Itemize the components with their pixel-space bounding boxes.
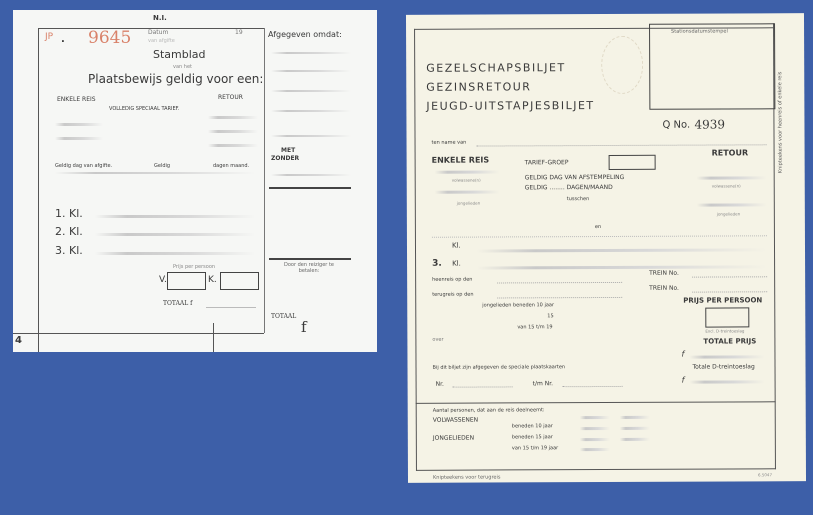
title-sub: van het xyxy=(173,64,192,70)
frame-bottom xyxy=(416,468,776,471)
class-2: 2. Kl. xyxy=(55,225,83,238)
printer-mark: 6.5047 xyxy=(758,472,772,477)
frame-right xyxy=(264,28,265,333)
geldig-dagen-label: GELDIG ........ DAGEN/MAAND xyxy=(525,184,613,191)
prefix: JP xyxy=(45,32,53,42)
terugreis-label: terugreis op den xyxy=(432,292,473,298)
bij-dit-label: Bij dit biljet zijn afgegeven de special… xyxy=(433,364,566,371)
enkele-reis-label: ENKELE REIS xyxy=(432,156,490,165)
geldig-dag-label: GELDIG DAG VAN AFSTEMPELING xyxy=(525,174,625,181)
florin-icon-2: f xyxy=(682,376,685,385)
knip-side-label: Knipteekens voor heenreis of enkele reis xyxy=(777,72,783,174)
class-3-label: Kl. xyxy=(452,260,461,268)
age-row-15-19: van 15 t/m 19 jaar xyxy=(512,445,558,451)
k-label: K. xyxy=(208,275,217,285)
class-3: 3. Kl. xyxy=(55,244,83,257)
title-jeugd: JEUGD-UITSTAPJESBILJET xyxy=(426,99,594,113)
title: Stamblad xyxy=(153,48,206,61)
trein-no-2: TREIN No. xyxy=(649,285,679,292)
prijs-box xyxy=(705,307,749,327)
tarief-groep-label: TARIEF-GROEP xyxy=(525,159,569,166)
tm-nr-label: t/m Nr. xyxy=(533,380,553,387)
en-label: en xyxy=(595,224,601,230)
station-stamp-box xyxy=(649,23,775,110)
age-row-15: beneden 15 jaar xyxy=(512,434,553,440)
corner-number: 4 xyxy=(15,335,22,346)
pay-label: Door den reiziger te betalen: xyxy=(279,262,339,274)
frame-left xyxy=(38,28,39,352)
jong-10-row: jongelieden beneden 10 jaar xyxy=(482,302,554,308)
prijs-per-persoon-label: PRIJS PER PERSOON xyxy=(683,296,762,304)
title-gezinsretour: GEZINSRETOUR xyxy=(426,80,531,93)
florin-icon-1: f xyxy=(681,350,684,359)
emblem-watermark xyxy=(601,36,643,94)
series-mark: N.I. xyxy=(153,14,167,22)
retour-label: RETOUR xyxy=(218,94,243,101)
volwassenen-caps: VOLWASSENEN xyxy=(433,417,478,424)
jongelieden-caps: JONGELIEDEN xyxy=(433,435,474,442)
frame-bottom xyxy=(13,333,264,334)
enkele-reis-label: ENKELE REIS xyxy=(57,96,96,103)
title-gezelschap: GEZELSCHAPSBILJET xyxy=(426,61,566,75)
tarief-groep-box xyxy=(609,155,656,170)
class-3-number: 3. xyxy=(432,259,442,269)
excl-label: Excl. D-treintoeslag xyxy=(705,328,744,333)
stamblad-ticket: N.I. JP . 9645 Datum van afgifte 19 Stam… xyxy=(13,10,377,352)
trein-no-1: TREIN No. xyxy=(649,270,679,277)
side-title: Afgegeven omdat: xyxy=(268,30,342,39)
ticket-number: 9645 xyxy=(88,28,131,48)
v-label: V. xyxy=(159,275,167,285)
retour-volwassenen-label: volwassene(n) xyxy=(712,183,741,188)
subtitle: Plaatsbewijs geldig voor een: xyxy=(88,72,263,86)
side-total-label: TOTAAL xyxy=(271,313,296,320)
gezelschapsbiljet-ticket: Stationsdatumstempel GEZELSCHAPSBILJET G… xyxy=(406,13,806,483)
retour-label: RETOUR xyxy=(712,148,749,157)
aantal-label: Aantal personen, dat aan de reis deelnee… xyxy=(433,407,545,413)
heenreis-label: heenreis op den xyxy=(432,277,472,283)
over-label: over xyxy=(432,337,443,343)
florin-icon: f xyxy=(301,318,307,336)
datum-label: Datum xyxy=(148,29,168,36)
valid-line: Geldig dag van afgifte. xyxy=(55,163,112,169)
stamp-label: Stationsdatumstempel xyxy=(671,28,728,34)
totale-d-label: Totale D-treintoeslag xyxy=(693,363,755,370)
nr-label: Nr. xyxy=(436,381,444,388)
jong-15-row: 15 xyxy=(547,313,553,319)
frame-left xyxy=(414,29,417,471)
year-suffix: 19 xyxy=(235,29,243,36)
knip-retour-label: Knipteekens voor terugreis xyxy=(433,474,500,480)
class-1: 1. Kl. xyxy=(55,207,83,220)
jongelieden-label: jongelieden xyxy=(457,201,480,206)
datum-sub: van afgifte xyxy=(148,38,175,44)
total-label: TOTAAL f xyxy=(163,300,192,307)
class-blank: Kl. xyxy=(452,242,461,250)
price-label: Prijs per persoon xyxy=(173,264,215,270)
serial-number: 4939 xyxy=(694,117,725,131)
retour-jongelieden-label: jongelieden xyxy=(717,211,740,216)
totale-prijs-label: TOTALE PRIJS xyxy=(703,337,756,345)
bottom-divider xyxy=(213,323,214,352)
valid-days: dagen maand. xyxy=(213,163,249,169)
valid-mid: Geldig xyxy=(154,163,170,169)
tariff-label: VOLLEDIG SPECIAAL TARIEF. xyxy=(109,106,179,112)
zonder-label: ZONDER xyxy=(271,155,299,162)
serial-prefix: Q No. xyxy=(662,120,690,131)
tusschen-label: tusschen xyxy=(567,196,590,202)
section-divider xyxy=(416,401,776,404)
jong-15-19-row: van 15 t/m 19 xyxy=(517,324,552,330)
met-label: MET xyxy=(281,147,295,154)
price-k-box xyxy=(220,272,259,290)
name-label: ten name van xyxy=(432,140,467,146)
price-v-box xyxy=(167,272,206,290)
age-row-10: beneden 10 jaar xyxy=(512,423,553,429)
volwassenen-label: volwassene(n) xyxy=(452,178,481,183)
